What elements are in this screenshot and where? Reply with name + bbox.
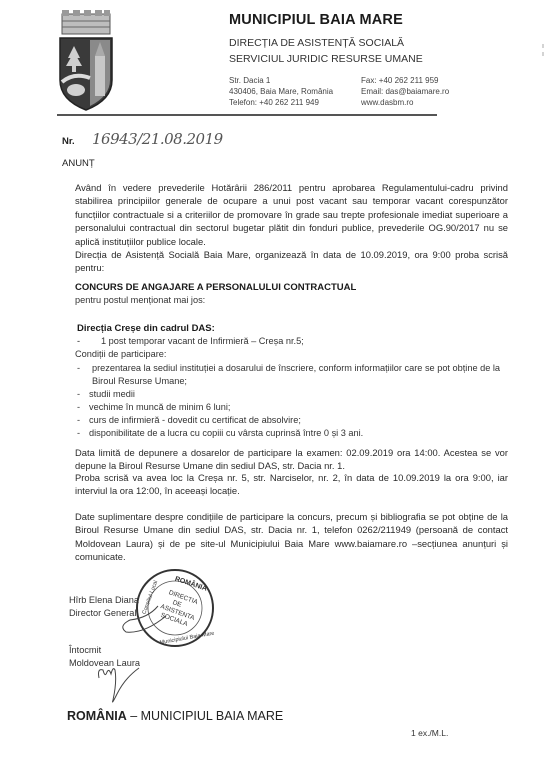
city-address: 430406, Baia Mare, România xyxy=(229,86,333,97)
contest-subtitle: pentru postul menționat mai jos: xyxy=(75,295,205,305)
list-dash: - xyxy=(77,336,80,346)
header-divider xyxy=(57,114,437,116)
exam-location-paragraph: Proba scrisă va avea loc la Creșa nr. 5,… xyxy=(75,471,508,498)
list-item: -studii medii xyxy=(75,388,515,401)
reference-number: 16943/21.08.2019 xyxy=(92,130,223,148)
reference-label: Nr. xyxy=(62,136,75,147)
post-description: 1 post temporar vacant de Infirmieră – C… xyxy=(101,336,304,346)
service-name: SERVICIUL JURIDIC RESURSE UMANE xyxy=(229,53,423,65)
footer-title: ROMÂNIA – MUNICIPIUL BAIA MARE xyxy=(67,709,283,723)
document-title: ANUNȚ xyxy=(62,158,95,169)
scan-mark xyxy=(541,44,545,58)
director-signature xyxy=(118,604,178,634)
coat-of-arms-icon xyxy=(56,8,116,112)
list-item: -vechime în muncă de minim 6 luni; xyxy=(75,401,515,414)
additional-info-paragraph: Date suplimentare despre condițiile de p… xyxy=(75,510,508,564)
list-item: -curs de infirmieră - dovedit cu certifi… xyxy=(75,414,515,427)
contact-block: Fax: +40 262 211 959 Email: das@baiamare… xyxy=(361,75,449,109)
deadline-paragraph: Data limită de depunere a dosarelor de p… xyxy=(75,446,508,473)
preparer-signature xyxy=(95,660,145,708)
footer-country: ROMÂNIA xyxy=(67,709,127,723)
prepared-by-label: Întocmit xyxy=(69,645,101,655)
list-item: -disponibilitate de a lucra cu copiii cu… xyxy=(75,427,515,440)
street-address: Str. Dacia 1 xyxy=(229,75,333,86)
organization-paragraph: Direcția de Asistență Socială Baia Mare,… xyxy=(75,248,508,275)
organization-title: MUNICIPIUL BAIA MARE xyxy=(229,12,403,28)
section-title: Direcția Creșe din cadrul DAS: xyxy=(77,323,215,334)
copies-note: 1 ex./M.L. xyxy=(411,728,448,738)
conditions-list: -prezentarea la sediul instituției a dos… xyxy=(75,362,515,440)
legal-basis-paragraph: Având în vedere prevederile Hotărârii 28… xyxy=(75,181,508,248)
fax-number: Fax: +40 262 211 959 xyxy=(361,75,449,86)
contest-title: CONCURS DE ANGAJARE A PERSONALULUI CONTR… xyxy=(75,282,356,293)
footer-separator: – xyxy=(127,709,141,723)
email-address: Email: das@baiamare.ro xyxy=(361,86,449,97)
address-block: Str. Dacia 1 430406, Baia Mare, România … xyxy=(229,75,333,109)
phone-number: Telefon: +40 262 211 949 xyxy=(229,97,333,108)
conditions-title: Condiții de participare: xyxy=(75,349,166,359)
department-name: DIRECȚIA DE ASISTENȚĂ SOCIALĂ xyxy=(229,37,404,49)
list-item: -prezentarea la sediul instituției a dos… xyxy=(75,362,515,388)
footer-municipality: MUNICIPIUL BAIA MARE xyxy=(141,709,284,723)
website-link: www.dasbm.ro xyxy=(361,97,449,108)
